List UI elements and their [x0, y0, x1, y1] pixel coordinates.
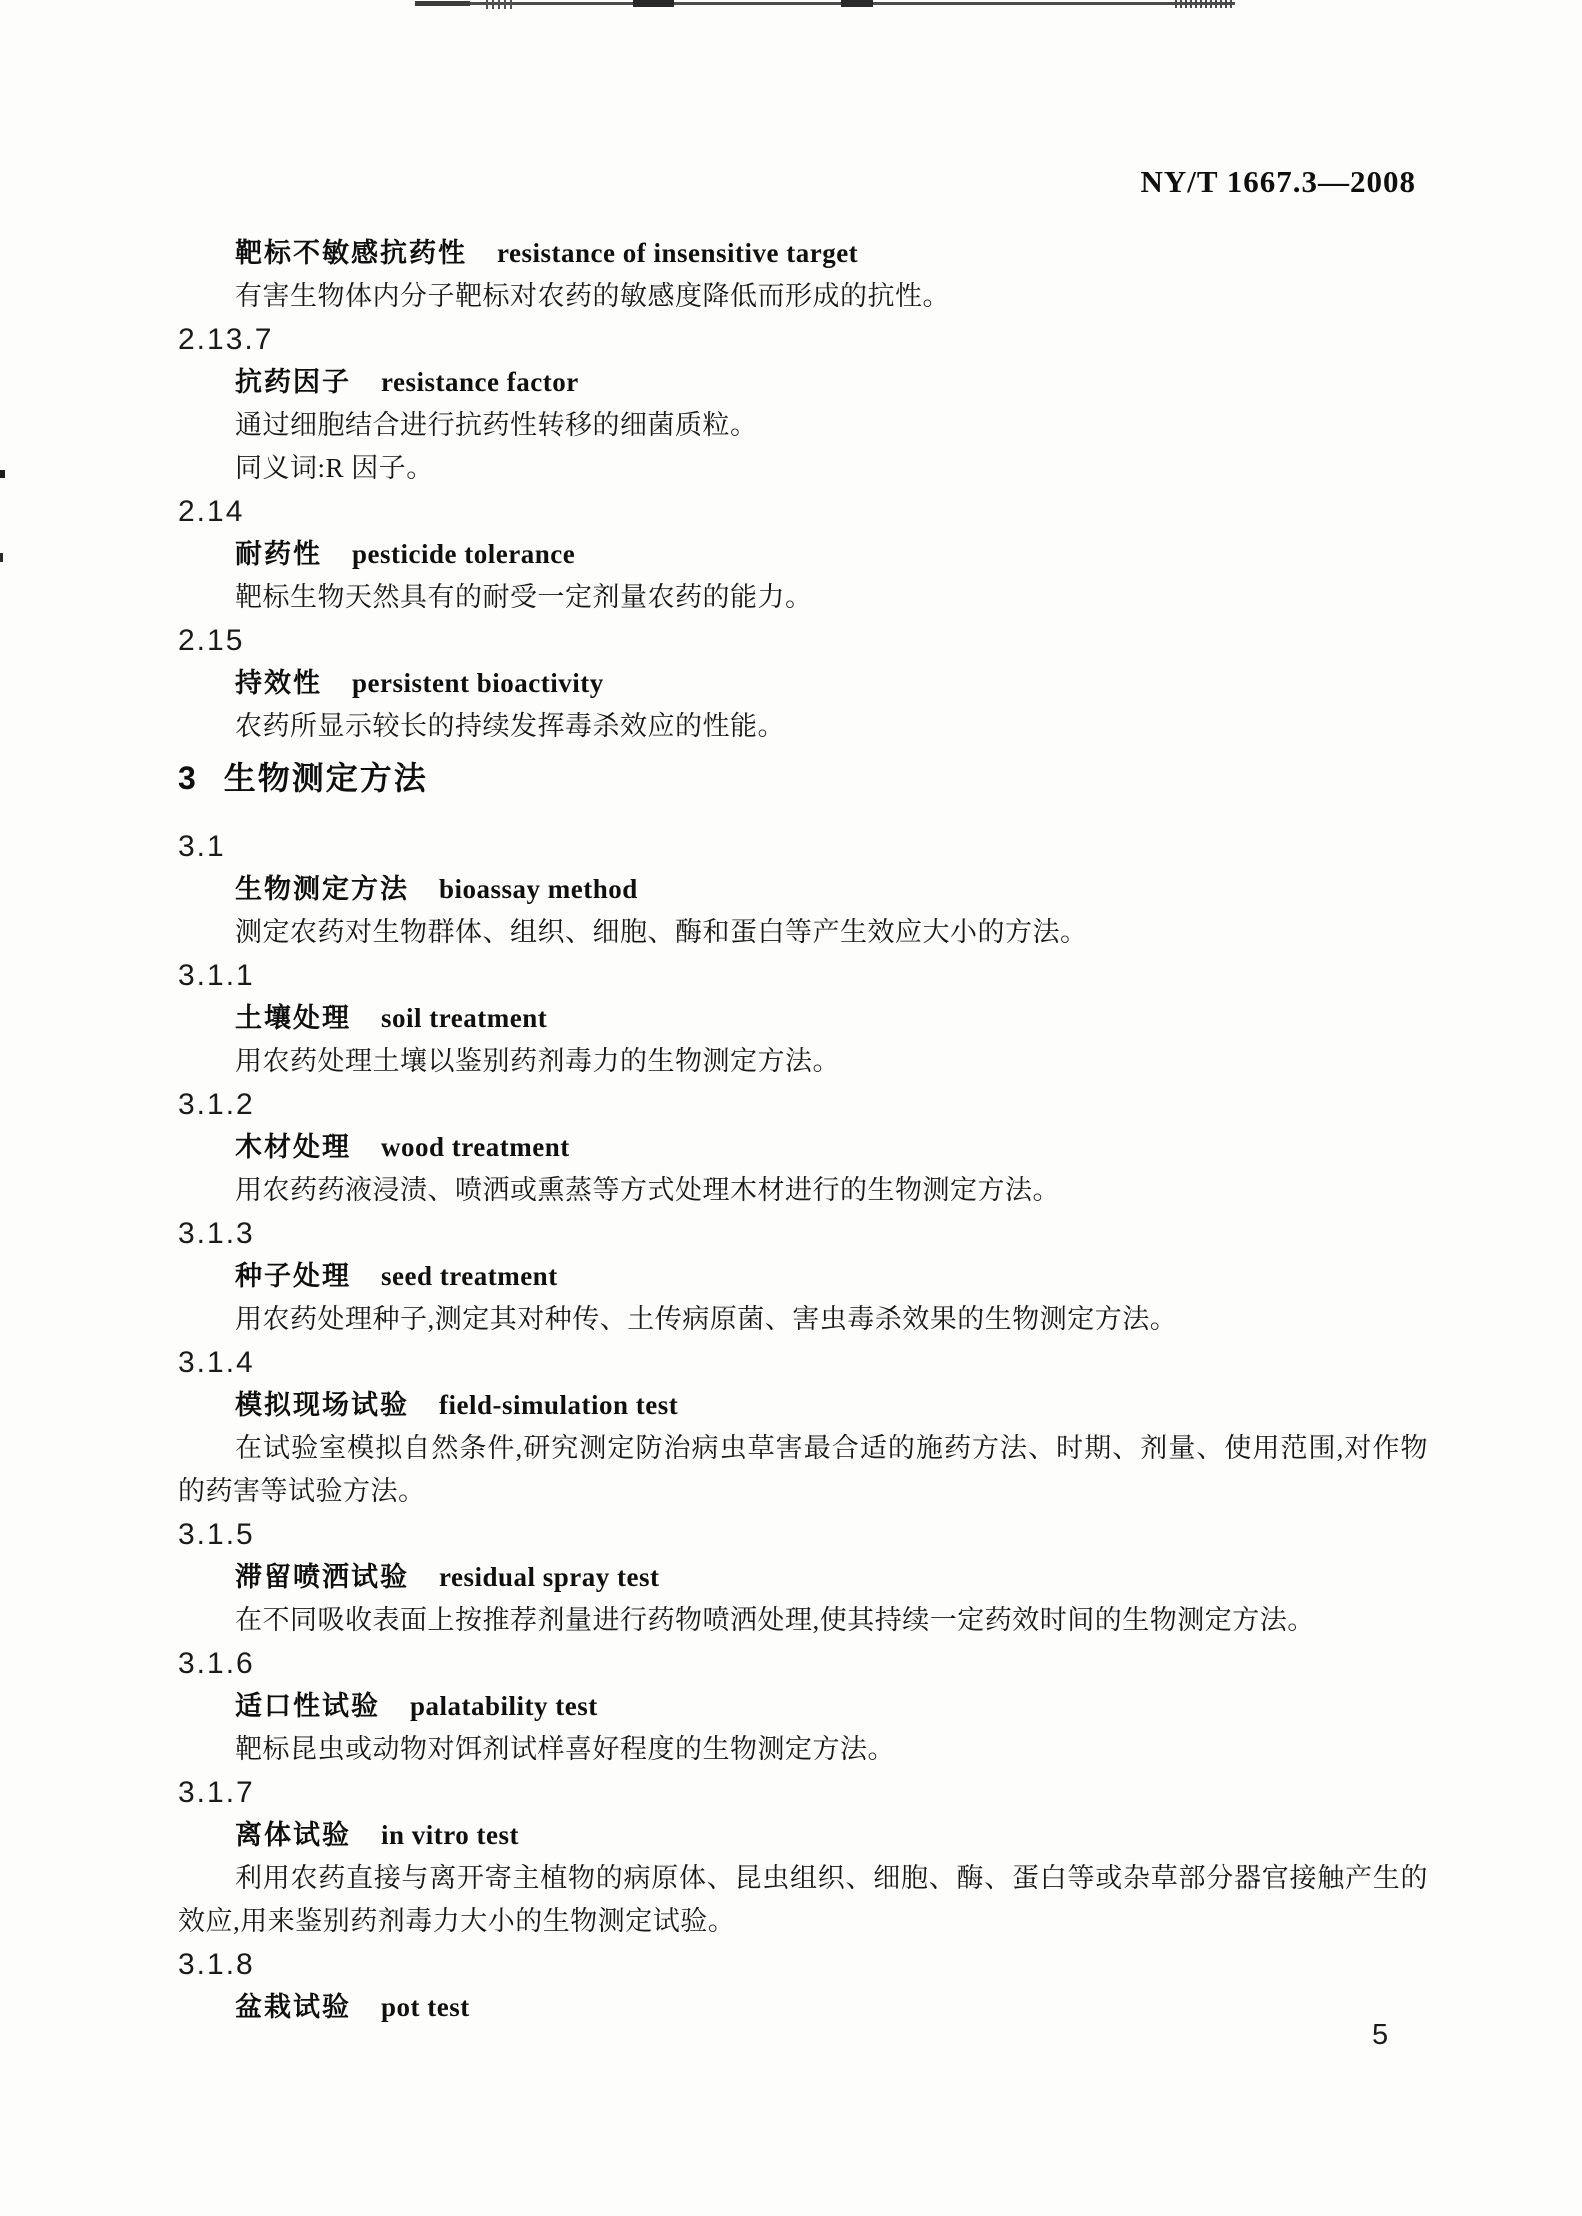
clause-number: 3.1.4 — [178, 1341, 1428, 1384]
definition: 测定农药对生物群体、组织、细胞、酶和蛋白等产生效应大小的方法。 — [178, 911, 1428, 954]
term-en: soil treatment — [381, 1003, 547, 1033]
term-line: 靶标不敏感抗药性resistance of insensitive target — [178, 232, 1428, 275]
term-line: 模拟现场试验field-simulation test — [178, 1384, 1428, 1427]
term-line: 盆栽试验pot test — [178, 1986, 1428, 2029]
clause-number: 3.1 — [178, 825, 1428, 868]
term-en: resistance of insensitive target — [497, 238, 858, 268]
term-line: 持效性persistent bioactivity — [178, 662, 1428, 705]
term-en: seed treatment — [381, 1261, 558, 1291]
definition: 在不同吸收表面上按推荐剂量进行药物喷洒处理,使其持续一定药效时间的生物测定方法。 — [178, 1599, 1428, 1642]
term-line: 种子处理seed treatment — [178, 1255, 1428, 1298]
clause-number: 3.1.8 — [178, 1943, 1428, 1986]
section-heading: 3生物测定方法 — [178, 757, 1428, 800]
term-zh: 靶标不敏感抗药性 — [235, 238, 467, 268]
definition: 有害生物体内分子靶标对农药的敏感度降低而形成的抗性。 — [178, 275, 1428, 318]
clause-number: 2.13.7 — [178, 318, 1428, 361]
term-zh: 抗药因子 — [235, 367, 351, 397]
term-line: 木材处理wood treatment — [178, 1126, 1428, 1169]
definition: 在试验室模拟自然条件,研究测定防治病虫草害最合适的施药方法、时期、剂量、使用范围… — [178, 1427, 1428, 1513]
term-zh: 土壤处理 — [235, 1003, 351, 1033]
term-en: resistance factor — [381, 367, 579, 397]
term-en: palatability test — [410, 1691, 598, 1721]
term-en: persistent bioactivity — [352, 668, 604, 698]
definition: 靶标昆虫或动物对饵剂试样喜好程度的生物测定方法。 — [178, 1728, 1428, 1771]
term-zh: 持效性 — [235, 668, 322, 698]
definition: 通过细胞结合进行抗药性转移的细菌质粒。 — [178, 404, 1428, 447]
term-en: field-simulation test — [439, 1390, 678, 1420]
clause-number: 3.1.5 — [178, 1513, 1428, 1556]
term-line: 离体试验in vitro test — [178, 1814, 1428, 1857]
definition: 利用农药直接与离开寄主植物的病原体、昆虫组织、细胞、酶、蛋白等或杂草部分器官接触… — [178, 1857, 1428, 1943]
clause-number: 3.1.2 — [178, 1083, 1428, 1126]
definition: 用农药处理土壤以鉴别药剂毒力的生物测定方法。 — [178, 1040, 1428, 1083]
term-en: wood treatment — [381, 1132, 570, 1162]
term-line: 抗药因子resistance factor — [178, 361, 1428, 404]
term-en: pesticide tolerance — [352, 539, 575, 569]
term-line: 适口性试验palatability test — [178, 1685, 1428, 1728]
term-zh: 离体试验 — [235, 1820, 351, 1850]
clause-number: 2.15 — [178, 619, 1428, 662]
term-zh: 耐药性 — [235, 539, 322, 569]
term-zh: 种子处理 — [235, 1261, 351, 1291]
definition: 用农药药液浸渍、喷洒或熏蒸等方式处理木材进行的生物测定方法。 — [178, 1169, 1428, 1212]
term-en: bioassay method — [439, 874, 638, 904]
clause-number: 2.14 — [178, 490, 1428, 533]
term-zh: 木材处理 — [235, 1132, 351, 1162]
term-en: pot test — [381, 1992, 470, 2022]
clause-number: 3.1.3 — [178, 1212, 1428, 1255]
term-zh: 滞留喷洒试验 — [235, 1562, 409, 1592]
section-heading-number: 3 — [178, 760, 197, 796]
synonym-note: 同义词:R 因子。 — [178, 447, 1428, 490]
definition: 用农药处理种子,测定其对种传、土传病原菌、害虫毒杀效果的生物测定方法。 — [178, 1298, 1428, 1341]
standard-code: NY/T 1667.3—2008 — [178, 160, 1428, 203]
term-zh: 适口性试验 — [235, 1691, 380, 1721]
clause-number: 3.1.1 — [178, 954, 1428, 997]
section-heading-title: 生物测定方法 — [224, 760, 428, 796]
page-number: 5 — [1372, 2019, 1388, 2052]
term-line: 滞留喷洒试验residual spray test — [178, 1556, 1428, 1599]
term-line: 生物测定方法bioassay method — [178, 868, 1428, 911]
term-en: in vitro test — [381, 1820, 519, 1850]
definition: 农药所显示较长的持续发挥毒杀效应的性能。 — [178, 705, 1428, 748]
clause-number: 3.1.7 — [178, 1771, 1428, 1814]
term-en: residual spray test — [439, 1562, 660, 1592]
term-line: 土壤处理soil treatment — [178, 997, 1428, 1040]
term-zh: 生物测定方法 — [235, 874, 409, 904]
term-line: 耐药性pesticide tolerance — [178, 533, 1428, 576]
clause-number: 3.1.6 — [178, 1642, 1428, 1685]
scanned-standard-page: { "document": { "standard_code": "NY/T 1… — [0, 0, 1582, 2216]
term-zh: 模拟现场试验 — [235, 1390, 409, 1420]
term-zh: 盆栽试验 — [235, 1992, 351, 2022]
definition: 靶标生物天然具有的耐受一定剂量农药的能力。 — [178, 576, 1428, 619]
page: NY/T 1667.3—2008 靶标不敏感抗药性resistance of i… — [0, 0, 1582, 2216]
